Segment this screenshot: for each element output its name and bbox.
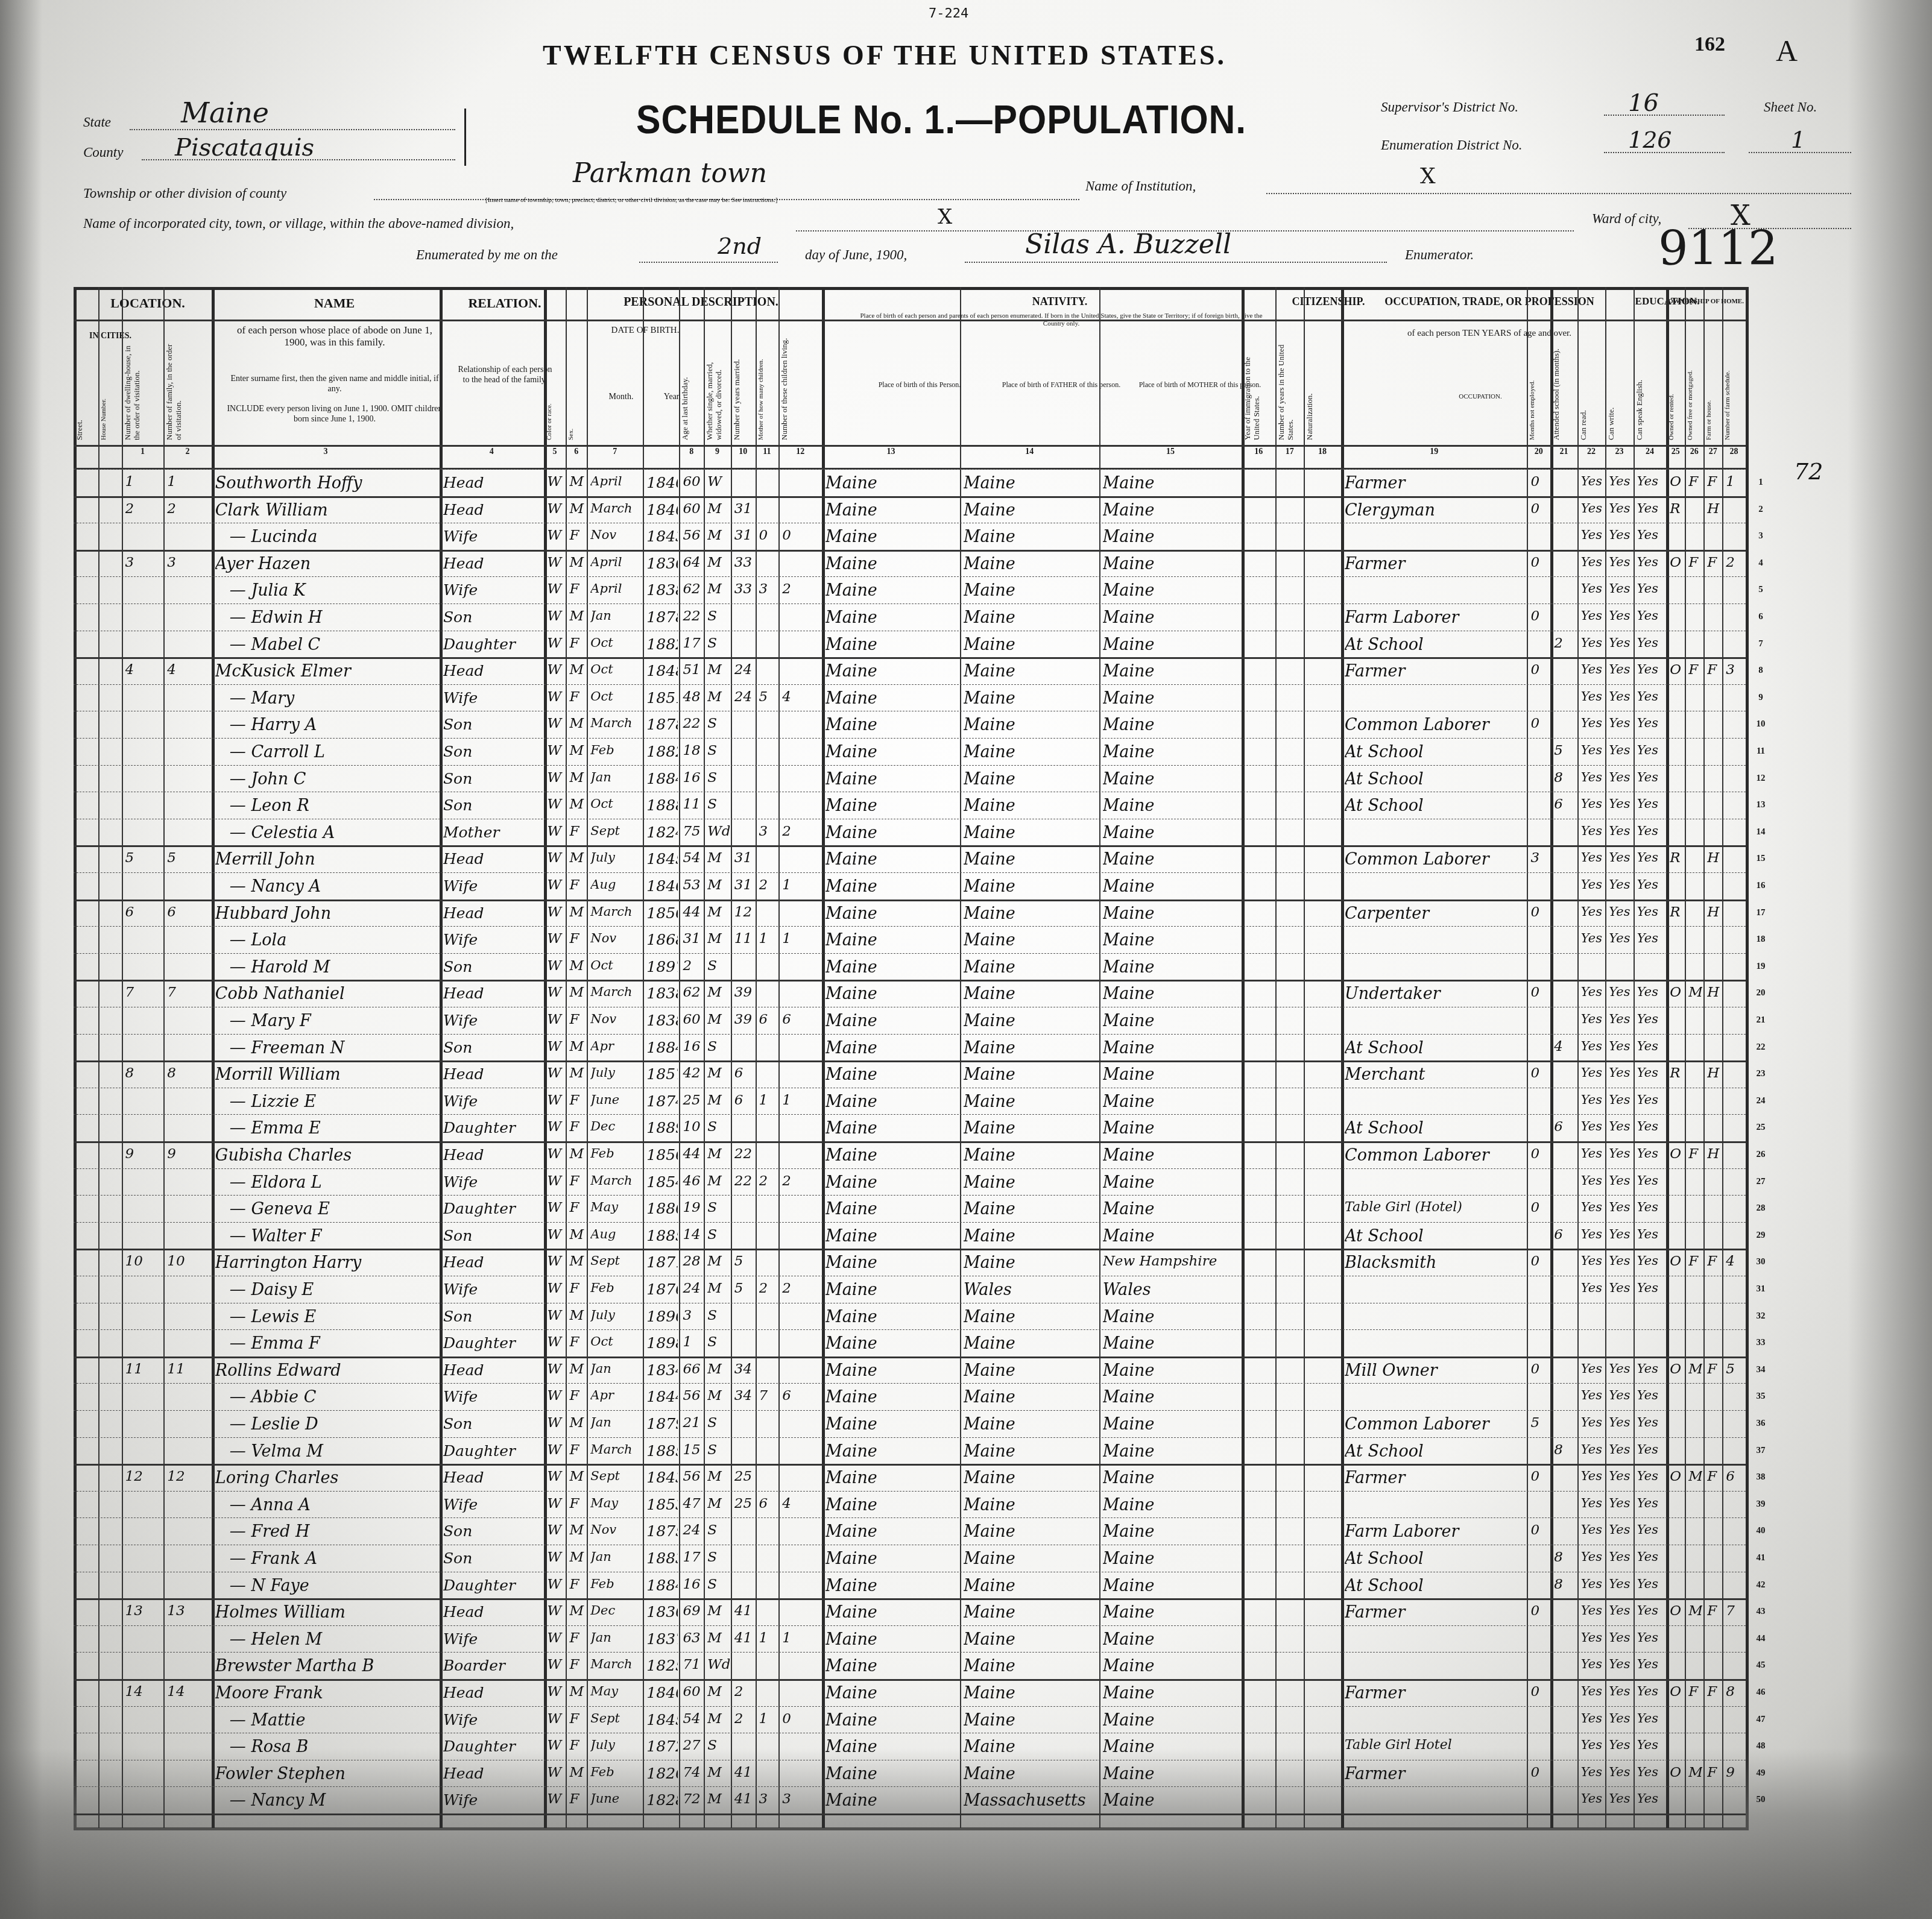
cell-cl: 2 — [782, 581, 821, 597]
cell-mar: M — [707, 931, 730, 947]
row-number: 24 — [1752, 1096, 1770, 1106]
cell-wr: Yes — [1609, 1711, 1632, 1725]
cell-bm: Maine — [1103, 1765, 1241, 1783]
cell-fam: 13 — [167, 1603, 210, 1619]
cell-year: 1838 — [646, 985, 678, 1002]
cell-age: 27 — [683, 1738, 702, 1753]
institution-line — [1266, 193, 1851, 194]
cell-age: 1 — [683, 1334, 702, 1350]
cell-age: 60 — [683, 501, 702, 517]
cell-age: 22 — [683, 716, 702, 731]
cell-wr: Yes — [1609, 474, 1632, 488]
cell-fs: 6 — [1726, 1469, 1744, 1484]
cell-en: Yes — [1637, 1065, 1665, 1080]
row-number: 50 — [1752, 1795, 1770, 1805]
cell-name: — Rosa B — [230, 1738, 438, 1756]
cell-sex: F — [569, 1119, 586, 1135]
cell-bp: Maine — [826, 877, 959, 896]
cell-bm: Maine — [1103, 1092, 1241, 1111]
row-number: 5 — [1752, 585, 1770, 595]
cell-sch: 8 — [1554, 1549, 1576, 1565]
cell-rd: Yes — [1581, 743, 1605, 757]
cell-en: Yes — [1637, 1119, 1665, 1133]
cell-en: Yes — [1637, 824, 1665, 838]
cell-color: W — [548, 1361, 565, 1377]
row-divider — [74, 1195, 1746, 1196]
row-divider — [74, 1222, 1746, 1223]
cell-bp: Maine — [826, 1200, 959, 1218]
cell-fs: 4 — [1726, 1253, 1744, 1269]
cell-rd: Yes — [1581, 796, 1605, 811]
column-header-mortgaged: Owned free or mortgaged. — [1686, 338, 1702, 440]
cell-month: March — [590, 1657, 642, 1671]
cell-color: W — [548, 904, 565, 920]
cell-color: W — [548, 1549, 565, 1565]
cell-mc: 1 — [759, 1711, 778, 1727]
cell-en: Yes — [1637, 1012, 1665, 1026]
cell-sex: F — [569, 1496, 586, 1511]
cell-sex: F — [569, 581, 586, 597]
cell-month: May — [590, 1684, 642, 1698]
cell-month: July — [590, 1065, 642, 1080]
row-divider — [74, 1141, 1746, 1143]
cell-mar: S — [707, 958, 730, 974]
row-divider — [74, 469, 1746, 470]
cell-month: April — [590, 474, 642, 488]
cell-occ: At School — [1345, 743, 1526, 761]
row-divider — [74, 1168, 1746, 1169]
cell-name: — Leslie D — [230, 1415, 438, 1434]
cell-own: R — [1670, 850, 1684, 866]
county-label: County — [83, 145, 123, 160]
cell-year: 1843 — [646, 528, 678, 545]
cell-bf: Maine — [964, 796, 1098, 815]
column-divider — [122, 287, 123, 1828]
column-divider — [544, 287, 547, 1828]
cell-sex: F — [569, 1092, 586, 1108]
ward-label: Ward of city, — [1592, 211, 1661, 227]
cell-bf: Maine — [964, 1146, 1098, 1165]
row-number: 22 — [1752, 1042, 1770, 1053]
column-number: 10 — [731, 447, 756, 457]
cell-bf: Maine — [964, 1415, 1098, 1434]
row-number: 7 — [1752, 639, 1770, 649]
cell-rd: Yes — [1581, 1603, 1605, 1618]
cell-wr: Yes — [1609, 1791, 1632, 1806]
cell-en: Yes — [1637, 1549, 1665, 1564]
cell-bp: Maine — [826, 958, 959, 977]
column-number: 25 — [1666, 447, 1685, 457]
cell-fs: 1 — [1726, 474, 1744, 490]
column-divider — [1550, 287, 1553, 1828]
row-number: 26 — [1752, 1150, 1770, 1160]
supervisor-value: 16 — [1628, 89, 1659, 117]
cell-color: W — [548, 555, 565, 570]
cell-rd: Yes — [1581, 1738, 1605, 1752]
cell-cl: 4 — [782, 1496, 821, 1511]
cell-rel: Head — [443, 1469, 543, 1486]
cell-bf: Maine — [964, 689, 1098, 708]
cell-rel: Head — [443, 985, 543, 1002]
cell-color: W — [548, 1496, 565, 1511]
cell-bp: Maine — [826, 1012, 959, 1030]
cell-bm: Maine — [1103, 1200, 1241, 1218]
cell-color: W — [548, 716, 565, 731]
cell-rel: Son — [443, 1227, 543, 1244]
cell-rel: Son — [443, 743, 543, 760]
cell-bm: Maine — [1103, 1630, 1241, 1649]
group-personal: PERSONAL DESCRIPTION. — [558, 295, 844, 309]
cell-bp: Maine — [826, 1065, 959, 1084]
cell-age: 3 — [683, 1308, 702, 1323]
cell-sch: 8 — [1554, 1577, 1576, 1592]
cell-bm: Maine — [1103, 608, 1241, 627]
cell-en: Yes — [1637, 1227, 1665, 1241]
cell-en: Yes — [1637, 1522, 1665, 1537]
cell-bp: Maine — [826, 985, 959, 1003]
cell-name: Harrington Harry — [215, 1253, 438, 1272]
cell-bp: Maine — [826, 1791, 959, 1810]
column-number: 2 — [163, 447, 212, 457]
cell-sex: M — [569, 958, 586, 974]
cell-name: — Lizzie E — [230, 1092, 438, 1111]
cell-mu: 0 — [1530, 662, 1549, 678]
cell-ym: 31 — [734, 528, 754, 543]
cell-en: Yes — [1637, 770, 1665, 784]
row-divider — [74, 819, 1746, 819]
cell-wr: Yes — [1609, 1415, 1632, 1429]
cell-rd: Yes — [1581, 1442, 1605, 1457]
cell-rel: Head — [443, 1684, 543, 1701]
cell-name: Rollins Edward — [215, 1361, 438, 1380]
cell-en: Yes — [1637, 1791, 1665, 1806]
cell-mort: F — [1688, 474, 1702, 490]
cell-year: 1848 — [646, 662, 678, 679]
cell-bf: Maine — [964, 1200, 1098, 1218]
cell-rd: Yes — [1581, 1415, 1605, 1429]
cell-mar: S — [707, 1308, 730, 1323]
row-number: 42 — [1752, 1580, 1770, 1590]
cell-age: 17 — [683, 1549, 702, 1565]
cell-rd: Yes — [1581, 931, 1605, 945]
cell-rd: Yes — [1581, 985, 1605, 999]
enumeration-label: Enumeration District No. — [1381, 137, 1522, 153]
cell-wr: Yes — [1609, 1065, 1632, 1080]
row-divider — [74, 1679, 1746, 1681]
cell-sch: 5 — [1554, 743, 1576, 758]
cell-en: Yes — [1637, 1415, 1665, 1429]
cell-bm: Maine — [1103, 1469, 1241, 1487]
cell-bp: Maine — [826, 716, 959, 734]
cell-wr: Yes — [1609, 1012, 1632, 1026]
cell-wr: Yes — [1609, 662, 1632, 676]
row-number: 43 — [1752, 1607, 1770, 1617]
column-divider — [1242, 287, 1245, 1828]
cell-year: 1882 — [646, 635, 678, 653]
row-divider — [74, 711, 1746, 711]
cell-sex: F — [569, 1657, 586, 1672]
cell-mar: W — [707, 474, 730, 490]
row-number: 44 — [1752, 1634, 1770, 1644]
cell-rel: Head — [443, 1065, 543, 1083]
cell-sex: F — [569, 1630, 586, 1646]
cell-bp: Maine — [826, 1308, 959, 1326]
cell-bm: Maine — [1103, 958, 1241, 977]
cell-color: W — [548, 1522, 565, 1538]
cell-age: 63 — [683, 1630, 702, 1646]
cell-month: April — [590, 555, 642, 569]
cell-color: W — [548, 1469, 565, 1484]
cell-own: R — [1670, 1065, 1684, 1081]
row-divider — [74, 1114, 1746, 1115]
row-number: 41 — [1752, 1553, 1770, 1563]
row-divider — [74, 523, 1746, 523]
cell-mu: 0 — [1530, 1684, 1549, 1700]
stamp-number: 9112 — [1658, 222, 1778, 276]
cell-mort: M — [1688, 1361, 1702, 1377]
cell-wr: Yes — [1609, 555, 1632, 569]
cell-occ: Farmer — [1345, 1684, 1526, 1703]
cell-mu: 0 — [1530, 608, 1549, 624]
cell-occ: At School — [1345, 1039, 1526, 1057]
cell-rel: Head — [443, 474, 543, 491]
cell-age: 75 — [683, 824, 702, 839]
cell-rd: Yes — [1581, 1253, 1605, 1268]
stamp-sheet-letter: A — [1776, 33, 1798, 68]
cell-month: Apr — [590, 1388, 642, 1402]
cell-year: 1872 — [646, 1738, 678, 1755]
cell-bp: Maine — [826, 555, 959, 573]
cell-sex: F — [569, 1738, 586, 1753]
cell-mu: 0 — [1530, 1200, 1549, 1215]
cell-sex: F — [569, 1388, 586, 1404]
cell-sex: F — [569, 1711, 586, 1727]
cell-rel: Wife — [443, 581, 543, 599]
cell-month: Oct — [590, 958, 642, 972]
cell-age: 17 — [683, 635, 702, 651]
column-divider — [1275, 287, 1277, 1828]
cell-mar: M — [707, 581, 730, 597]
cell-year: 1840 — [646, 1684, 678, 1701]
cell-color: W — [548, 1630, 565, 1646]
row-divider — [74, 1437, 1746, 1438]
cell-age: 14 — [683, 1227, 702, 1243]
cell-name: — N Faye — [230, 1577, 438, 1595]
cell-bp: Maine — [826, 1253, 959, 1272]
row-divider — [74, 1357, 1746, 1358]
cell-name: — Daisy E — [230, 1281, 438, 1299]
column-number: 18 — [1304, 447, 1341, 457]
cell-age: 51 — [683, 662, 702, 678]
cell-own: O — [1670, 474, 1684, 490]
cell-bm: Maine — [1103, 1496, 1241, 1514]
cell-rel: Daughter — [443, 1577, 543, 1594]
cell-rd: Yes — [1581, 904, 1605, 919]
cell-color: W — [548, 581, 565, 597]
cell-month: Jan — [590, 1549, 642, 1564]
cell-name: — Abbie C — [230, 1388, 438, 1407]
cell-mu: 0 — [1530, 1765, 1549, 1780]
row-number: 23 — [1752, 1069, 1770, 1079]
cell-bf: Maine — [964, 528, 1098, 546]
cell-own: O — [1670, 555, 1684, 570]
column-header-schedule-no: Number of farm schedule. — [1723, 338, 1744, 440]
cell-name: Morrill William — [215, 1065, 438, 1084]
cell-cl: 6 — [782, 1012, 821, 1027]
cell-age: 72 — [683, 1791, 702, 1807]
cell-bf: Maine — [964, 1039, 1098, 1057]
cell-rd: Yes — [1581, 877, 1605, 892]
cell-mu: 0 — [1530, 716, 1549, 731]
margin-note: 72 — [1794, 458, 1823, 485]
cell-bf: Maine — [964, 1603, 1098, 1622]
cell-bm: Maine — [1103, 1334, 1241, 1353]
cell-color: W — [548, 824, 565, 839]
cell-farm: F — [1707, 474, 1721, 490]
cell-age: 62 — [683, 581, 702, 597]
cell-bf: Maine — [964, 1765, 1098, 1783]
cell-en: Yes — [1637, 985, 1665, 999]
cell-cl: 1 — [782, 1092, 821, 1108]
cell-en: Yes — [1637, 555, 1665, 569]
cell-year: 1889 — [646, 1119, 678, 1136]
institution-label: Name of Institution, — [1085, 178, 1196, 194]
cell-bf: Maine — [964, 1442, 1098, 1461]
cell-name: — Eldora L — [230, 1173, 438, 1192]
cell-sch: 6 — [1554, 1119, 1576, 1135]
cell-farm: H — [1707, 501, 1721, 517]
cell-bm: Maine — [1103, 1522, 1241, 1541]
cell-cl: 2 — [782, 1173, 821, 1189]
cell-rd: Yes — [1581, 770, 1605, 784]
cell-color: W — [548, 1388, 565, 1404]
cell-bp: Maine — [826, 850, 959, 869]
column-divider — [212, 287, 215, 1828]
cell-rd: Yes — [1581, 581, 1605, 596]
cell-year: 1845 — [646, 1711, 678, 1728]
birth-person-header: Place of birth of this Person. — [853, 380, 986, 390]
cell-month: Jan — [590, 608, 642, 623]
cell-mar: M — [707, 1092, 730, 1108]
cell-color: W — [548, 1173, 565, 1189]
cell-rel: Head — [443, 850, 543, 868]
cell-month: March — [590, 501, 642, 515]
cell-month: March — [590, 716, 642, 730]
row-number: 6 — [1752, 612, 1770, 622]
column-number: 27 — [1703, 447, 1722, 457]
cell-sex: M — [569, 716, 586, 731]
form-code: 7-224 — [929, 6, 968, 21]
cell-mu: 0 — [1530, 1469, 1549, 1484]
cell-year: 1878 — [646, 608, 678, 626]
cell-sex: M — [569, 1146, 586, 1162]
cell-ym: 2 — [734, 1684, 754, 1700]
cell-sex: F — [569, 528, 586, 543]
township-label: Township or other division of county — [83, 186, 286, 201]
cell-sex: M — [569, 1308, 586, 1323]
cell-year: 1878 — [646, 716, 678, 733]
cell-bm: Maine — [1103, 1361, 1241, 1380]
cell-en: Yes — [1637, 1361, 1665, 1376]
cell-sex: F — [569, 1281, 586, 1296]
cell-fam: 11 — [167, 1361, 210, 1377]
cell-name: Clark William — [215, 501, 438, 520]
column-divider — [1634, 287, 1635, 1828]
cell-rel: Son — [443, 1415, 543, 1432]
cell-mc: 3 — [759, 581, 778, 597]
cell-mar: M — [707, 1603, 730, 1619]
cell-ym: 39 — [734, 985, 754, 1000]
cell-bp: Maine — [826, 743, 959, 761]
cell-bp: Maine — [826, 689, 959, 708]
cell-sex: F — [569, 1442, 586, 1458]
cell-month: Feb — [590, 743, 642, 757]
row-number: 29 — [1752, 1230, 1770, 1241]
cell-cl: 1 — [782, 931, 821, 947]
column-header-english: Can speak English. — [1635, 338, 1665, 440]
row-divider — [74, 684, 1746, 685]
cell-rel: Son — [443, 608, 543, 626]
cell-bf: Maine — [964, 555, 1098, 573]
cell-mar: S — [707, 1522, 730, 1538]
cell-bp: Maine — [826, 1549, 959, 1568]
cell-rel: Wife — [443, 1791, 543, 1809]
cell-month: July — [590, 850, 642, 865]
cell-fs: 3 — [1726, 662, 1744, 678]
cell-rel: Daughter — [443, 1119, 543, 1136]
cell-color: W — [548, 1684, 565, 1700]
cell-ym: 11 — [734, 931, 754, 947]
cell-bp: Maine — [826, 1415, 959, 1434]
cell-rel: Head — [443, 662, 543, 679]
cell-mc: 6 — [759, 1496, 778, 1511]
cell-age: 2 — [683, 958, 702, 974]
row-divider — [74, 900, 1746, 901]
cell-ym: 31 — [734, 501, 754, 517]
cell-rel: Wife — [443, 1496, 543, 1513]
row-number: 35 — [1752, 1391, 1770, 1402]
cell-bp: Maine — [826, 608, 959, 627]
column-header-immigration: Year of immigration to the United States… — [1243, 338, 1274, 440]
cell-wr: Yes — [1609, 716, 1632, 730]
cell-mar: M — [707, 555, 730, 570]
cell-bf: Maine — [964, 1549, 1098, 1568]
cell-bf: Maine — [964, 716, 1098, 734]
column-header-naturalization: Naturalization. — [1305, 338, 1340, 440]
cell-sex: M — [569, 555, 586, 570]
cell-cl: 6 — [782, 1388, 821, 1404]
cell-bm: Maine — [1103, 1791, 1241, 1810]
cell-month: June — [590, 1791, 642, 1806]
cell-rel: Wife — [443, 1012, 543, 1029]
cell-year: 1843 — [646, 1469, 678, 1486]
cell-mar: Wd — [707, 1657, 730, 1672]
cell-rd: Yes — [1581, 1092, 1605, 1107]
cell-bf: Maine — [964, 1173, 1098, 1192]
cell-name: Moore Frank — [215, 1684, 438, 1703]
cell-bm: Maine — [1103, 1012, 1241, 1030]
header-rule — [74, 320, 1746, 321]
cell-en: Yes — [1637, 1711, 1665, 1725]
row-number: 8 — [1752, 666, 1770, 676]
row-divider — [74, 1329, 1746, 1330]
cell-rel: Head — [443, 1253, 543, 1271]
cell-sch: 2 — [1554, 635, 1576, 651]
cell-bp: Maine — [826, 1388, 959, 1407]
cell-rd: Yes — [1581, 1361, 1605, 1376]
cell-age: 60 — [683, 1012, 702, 1027]
cell-bp: Maine — [826, 1092, 959, 1111]
